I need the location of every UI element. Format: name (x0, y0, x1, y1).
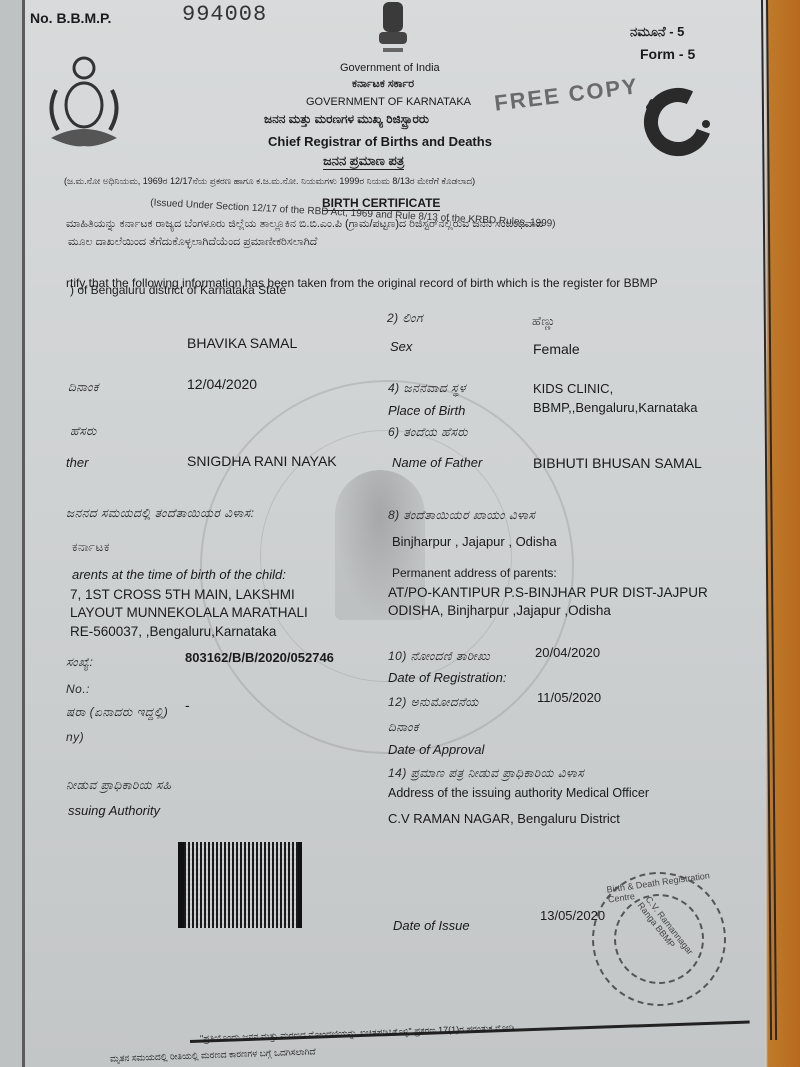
father-label-kn: 6) ತಂದೆಯ ಹೆಸರು (388, 425, 468, 440)
dob-label-kn: ದಿನಾಂಕ (68, 380, 99, 395)
address-at-birth-line2: LAYOUT MUNNEKOLALA MARATHALI (70, 605, 308, 620)
certificate-number-label: No. B.B.M.P. (30, 10, 111, 26)
registration-date-label: Date of Registration: (388, 670, 507, 685)
date-of-issue-label: Date of Issue (393, 918, 470, 933)
registration-date-label-kn: 10) ನೋಂದಣಿ ತಾರೀಖು (388, 649, 490, 664)
registration-no-label: No.: (66, 682, 90, 696)
sex-value-kn: ಹೆಣ್ಣು (532, 314, 556, 329)
approval-date-value: 11/05/2020 (537, 690, 601, 705)
remarks-label-kn: ಷರಾ (ಏನಾದರು ಇದ್ದಲ್ಲಿ) (66, 705, 168, 720)
issuing-authority-address-value: C.V RAMAN NAGAR, Bengaluru District (388, 811, 620, 826)
approval-date-label-kn2: ದಿನಾಂಕ (388, 720, 419, 735)
background-left (0, 0, 22, 1067)
mother-label-kn: ಹೆಸರು (70, 424, 97, 439)
form-number-kn: ನಮೂನೆ - 5 (630, 24, 684, 40)
serial-number: 994008 (182, 2, 267, 27)
issuing-authority-address-label-kn: 14) ಪ್ರಮಾಣ ಪತ್ರ ನೀಡುವ ಪ್ರಾಧಿಕಾರಿಯ ವಿಳಾಸ (388, 766, 584, 781)
registrar-label: Chief Registrar of Births and Deaths (268, 134, 492, 149)
address-at-birth-line3: RE-560037, ,Bengaluru,Karnataka (70, 624, 276, 639)
form-number: Form - 5 (640, 46, 695, 62)
issuing-authority-address-label: Address of the issuing authority Medical… (388, 786, 649, 800)
certify-kn-line1: ಮಾಹಿತಿಯನ್ನು ಕರ್ನಾಟಕ ರಾಜ್ಯದ ಬೆಂಗಳೂರು ಜಿಲ್… (66, 218, 543, 231)
address-at-birth-label-kn: ಜನನದ ಸಮಯದಲ್ಲಿ ತಂದೆತಾಯಿಯರ ವಿಳಾಸ: (66, 506, 254, 521)
gov-india-label: Government of India (340, 62, 440, 74)
child-name-value: BHAVIKA SAMAL (187, 335, 297, 351)
permanent-address-short: Binjharpur , Jajapur , Odisha (392, 534, 557, 549)
permanent-address-line1: AT/PO-KANTIPUR P.S-BINJHAR PUR DIST-JAJP… (388, 585, 708, 600)
place-of-birth-label-kn: 4) ಜನನವಾದ ಸ್ಥಳ (388, 381, 466, 396)
registration-no-value: 803162/B/B/2020/052746 (185, 650, 334, 665)
registration-date-value: 20/04/2020 (535, 645, 600, 660)
permanent-address-line2: ODISHA, Binjharpur ,Jajapur ,Odisha (388, 603, 611, 618)
issuing-authority-sign-label: ssuing Authority (68, 803, 160, 818)
place-of-birth-label: Place of Birth (388, 403, 465, 418)
karnataka-emblem-icon (36, 50, 132, 150)
permanent-address-label: Permanent address of parents: (392, 566, 557, 580)
issuing-authority-sign-label-kn: ನೀಡುವ ಪ್ರಾಧಿಕಾರಿಯ ಸಹಿ (66, 778, 172, 793)
mother-name-value: SNIGDHA RANI NAYAK (187, 453, 337, 469)
address-at-birth-value-kn: ಕರ್ನಾಟಕ (72, 540, 110, 555)
barcode (178, 842, 302, 928)
sex-label-kn: 2) ಲಿಂಗ (387, 311, 423, 326)
footer-line1-suffix: ಪ್ರಕರಣ 17(1)ರ ಪರಂತುಕ ನೋಡಿ (414, 1023, 514, 1036)
sex-value: Female (533, 341, 580, 357)
place-of-birth-value-line2: BBMP,,Bengaluru,Karnataka (533, 400, 698, 415)
father-label: Name of Father (392, 455, 482, 470)
address-at-birth-line1: 7, 1ST CROSS 5TH MAIN, LAKSHMI (70, 587, 295, 602)
act-reference-kn: (ಜ.ಮ.ನೋ ಅಧಿನಿಯಮ, 1969ರ 12/17ನೆಯ ಪ್ರಕರಣ ಹ… (64, 176, 475, 187)
approval-date-label: Date of Approval (388, 742, 484, 757)
permanent-address-label-kn: 8) ತಂದೆತಾಯಿಯರ ಖಾಯಂ ವಿಳಾಸ (388, 508, 535, 523)
remarks-value: - (185, 697, 190, 713)
certificate-title-kn: ಜನನ ಪ್ರಮಾಣ ಪತ್ರ (323, 153, 404, 170)
certify-kn-line2: ಮೂಲ ದಾಖಲೆಯಿಂದ ತೆಗೆದುಕೊಳ್ಳಲಾಗಿದೆಯೆಂದ ಪ್ರಮ… (68, 236, 317, 249)
certify-en-line2: ) of Bengaluru district of Karnataka Sta… (70, 283, 286, 297)
approval-date-label-kn: 12) ಅನುಮೋದನೆಯ (388, 695, 479, 710)
father-name-value: BIBHUTI BHUSAN SAMAL (533, 455, 702, 471)
sex-label: Sex (390, 339, 412, 354)
gov-karnataka-label: GOVERNMENT OF KARNATAKA (306, 96, 471, 108)
remarks-label: ny) (66, 730, 84, 744)
address-at-birth-label: arents at the time of birth of the child… (72, 567, 286, 582)
gov-karnataka-kn-label: ಕರ್ನಾಟಕ ಸರ್ಕಾರ (352, 78, 414, 91)
dob-value: 12/04/2020 (187, 376, 257, 392)
registrar-kn-label: ಜನನ ಮತ್ತು ಮರಣಗಳ ಮುಖ್ಯ ರಿಜಿಸ್ಟ್ರಾರರು (264, 112, 429, 127)
registration-no-label-kn: ಸಂಖ್ಯೆ: (66, 655, 93, 670)
place-of-birth-value-line1: KIDS CLINIC, (533, 381, 613, 396)
bbmp-logo-icon (636, 82, 716, 158)
ashoka-emblem-icon (373, 0, 413, 56)
mother-label: ther (66, 455, 88, 470)
